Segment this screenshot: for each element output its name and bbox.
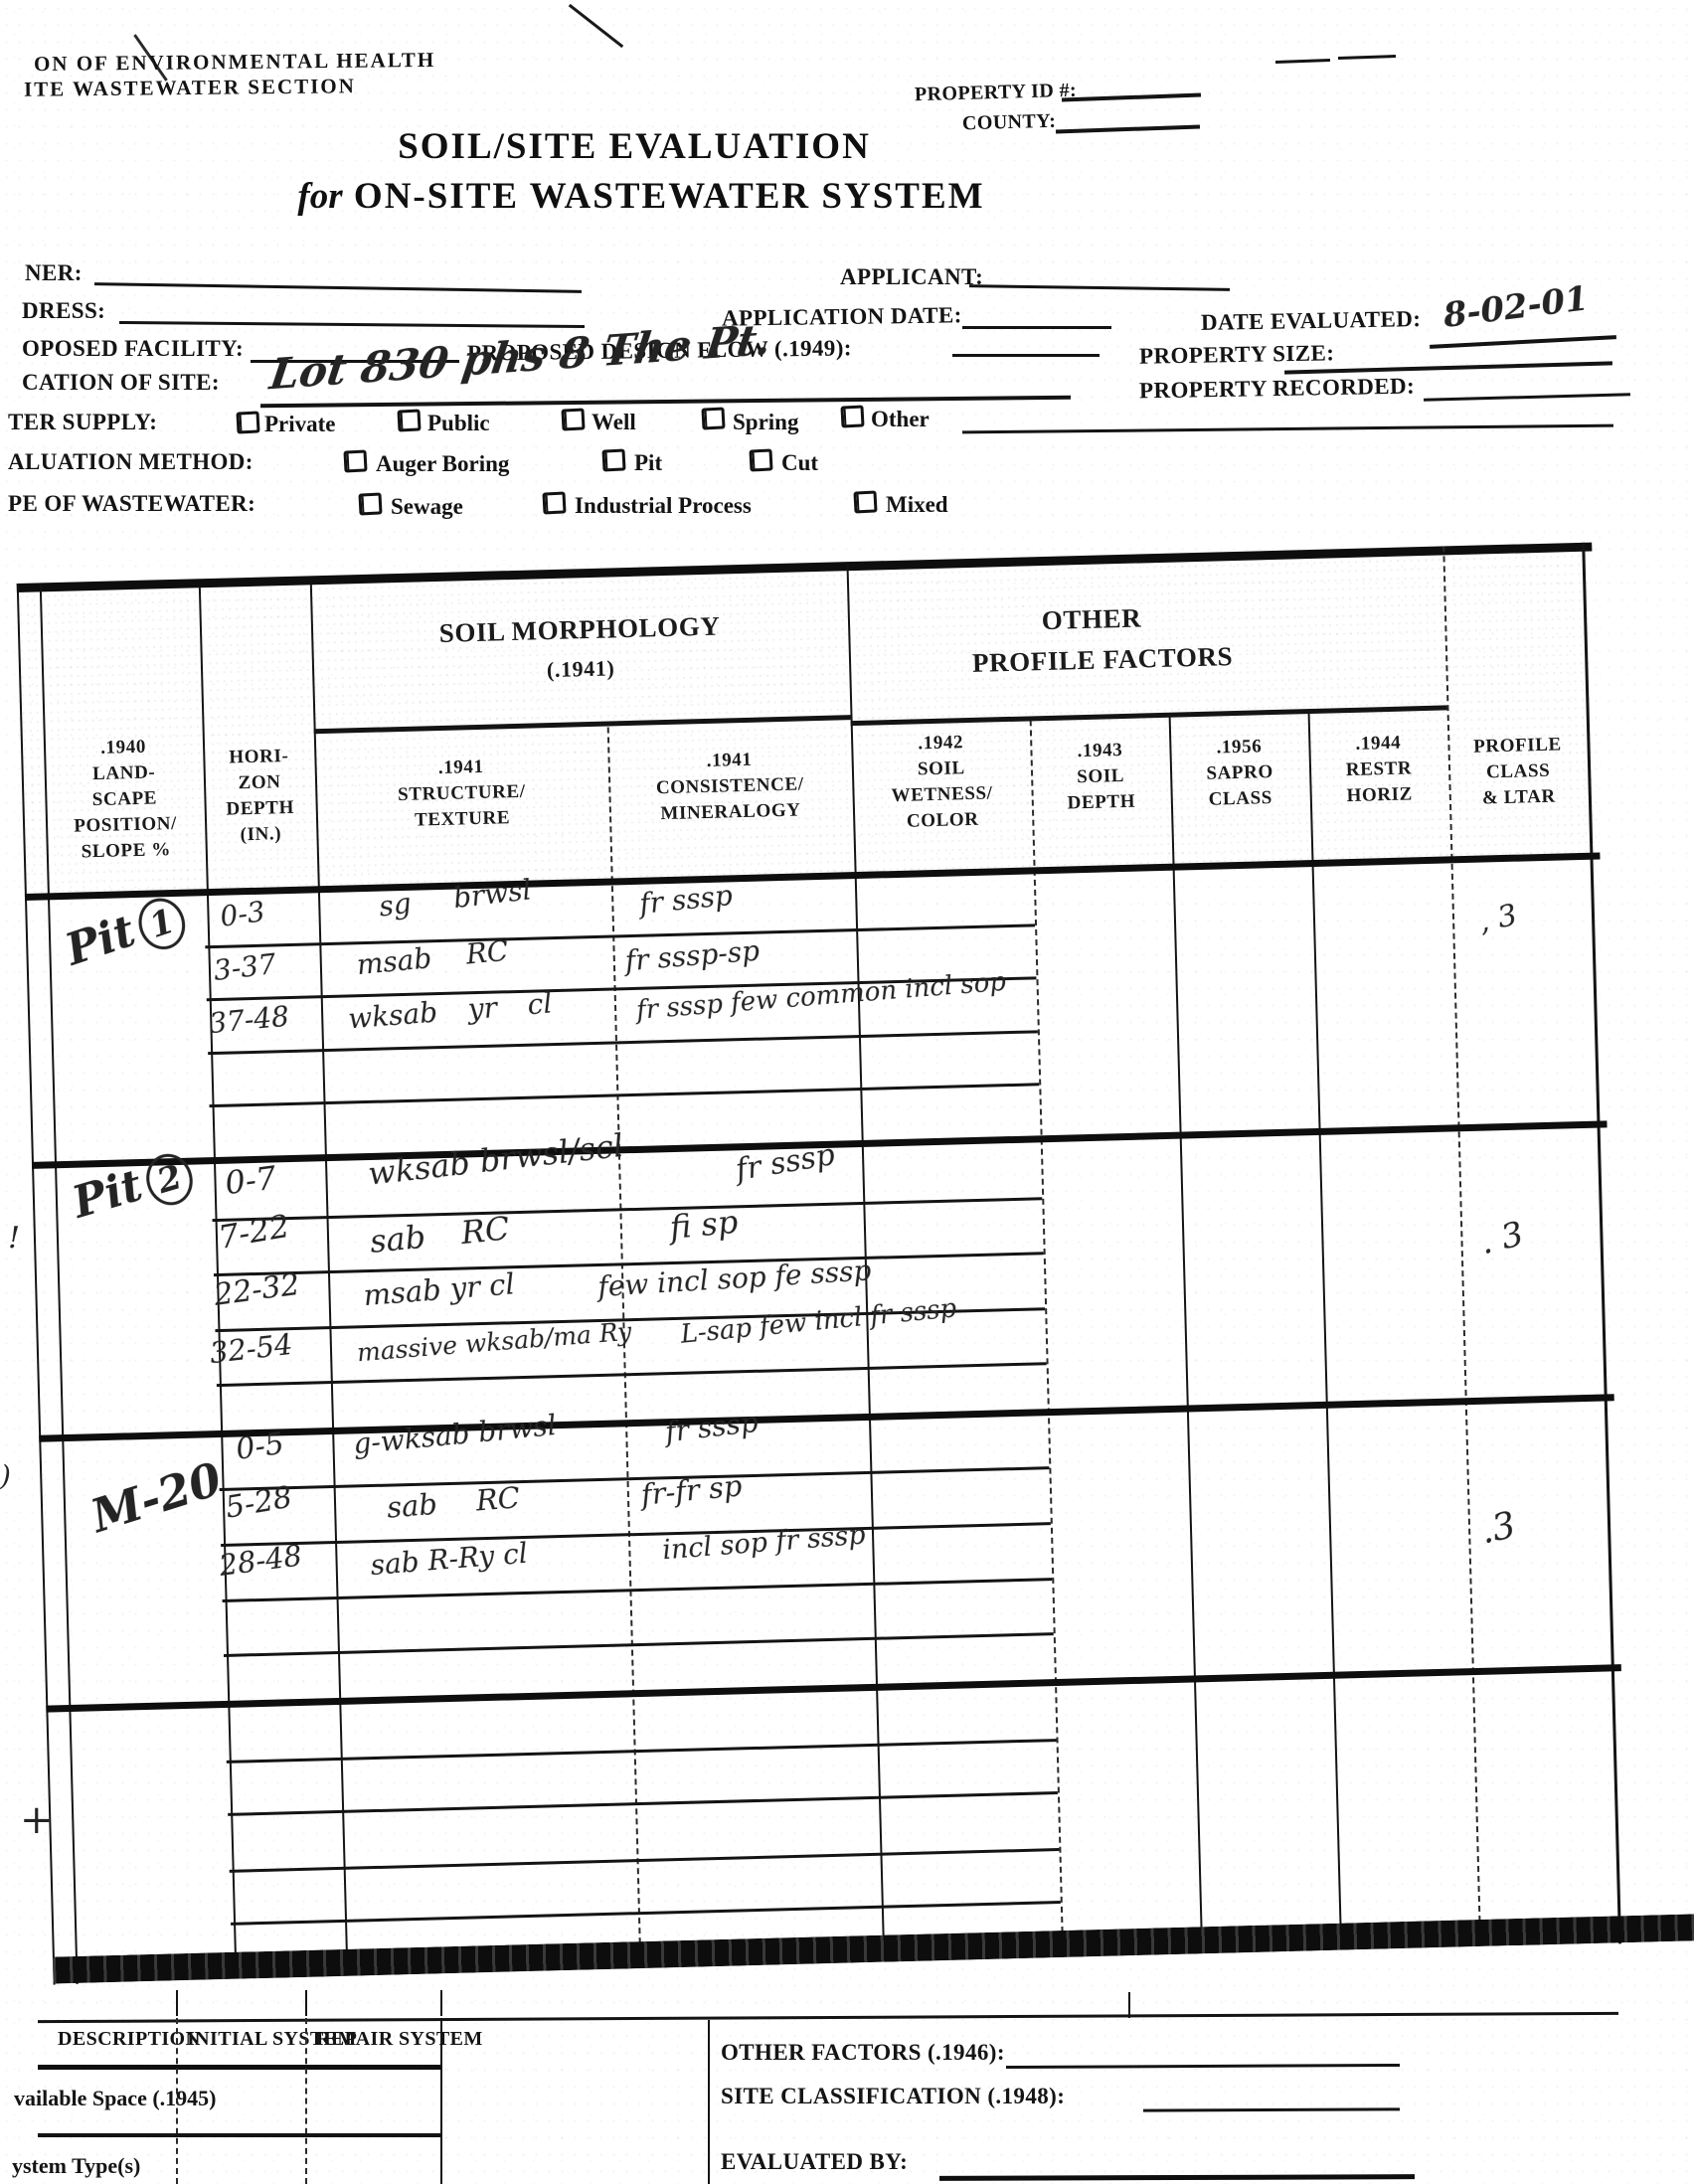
- wastewater-option-mixed: Mixed: [886, 492, 948, 518]
- s3-r1-consistence: fr sssp: [663, 1406, 760, 1448]
- form-title-line1: SOIL/SITE EVALUATION: [398, 125, 871, 168]
- bottom-header-description: DESCRIPTION: [58, 2028, 200, 2051]
- water-supply-other-blank: [962, 424, 1613, 434]
- col-divider-wetness-soildepth: [1030, 720, 1064, 1932]
- property-id-label: PROPERTY ID #:: [915, 80, 1078, 107]
- s3-r2-consistence: fr-fr sp: [639, 1468, 743, 1512]
- property-id-line-stub2: [1338, 55, 1396, 60]
- date-evaluated-label: DATE EVALUATED:: [1201, 306, 1422, 336]
- s3-r3-structure: sab R-Ry cl: [369, 1537, 528, 1582]
- col-header-soildepth-line1: .1943: [1077, 740, 1122, 762]
- org-line2: ITE WASTEWATER SECTION: [24, 74, 356, 101]
- county-label: COUNTY:: [962, 110, 1057, 136]
- form-title-line2: for ON-SITE WASTEWATER SYSTEM: [297, 175, 984, 218]
- pit1-label-text: Pit: [60, 906, 142, 976]
- col-header-structure-line1: .1941: [438, 756, 484, 779]
- other-factors-blank: [1006, 2064, 1400, 2069]
- s2-r4-depth: 32-54: [208, 1327, 294, 1370]
- bottom-stub-divider1: [176, 1990, 178, 2016]
- form-title-for-word: for: [297, 176, 342, 217]
- checkbox-other: [840, 405, 864, 427]
- wastewater-option-industrial: Industrial Process: [575, 493, 752, 519]
- bottom-table-top-line: [38, 2012, 1618, 2023]
- col-header-consistence-line2: CONSISTENCE/: [656, 773, 804, 799]
- evaluation-method-option-auger: Auger Boring: [376, 451, 509, 477]
- site-classification-label: SITE CLASSIFICATION (.1948):: [721, 2084, 1065, 2109]
- checkbox-cut: [749, 448, 772, 471]
- s3-r1-structure: g-wksab brwsl: [352, 1409, 558, 1460]
- evaluation-method-label: ALUATION METHOD:: [8, 449, 254, 475]
- col-header-landscape-line5: SLOPE %: [81, 839, 171, 863]
- owner-blank: [94, 282, 582, 293]
- date-evaluated-value: 8-02-01: [1441, 278, 1591, 336]
- col-header-consistence-line3: MINERALOGY: [660, 799, 801, 825]
- col-header-sapro-line1: .1956: [1216, 736, 1262, 758]
- s2-r2-depth: 7-22: [216, 1207, 292, 1256]
- s3-row4-line: [224, 1632, 1054, 1657]
- col-header-soildepth-line2: SOIL: [1077, 765, 1124, 788]
- form-title-line2-text: ON-SITE WASTEWATER SYSTEM: [354, 176, 985, 217]
- date-evaluated-blank: [1430, 335, 1616, 349]
- col-header-restr-line2: RESTR: [1346, 757, 1413, 781]
- evaluated-by-blank: [939, 2174, 1415, 2181]
- location-blank: [260, 396, 1071, 409]
- col-header-soildepth-line3: DEPTH: [1067, 791, 1135, 815]
- s3-row1-line: [220, 1466, 1050, 1491]
- col-header-wetness-line2: SOIL: [918, 757, 965, 780]
- col-header-profile-line1: PROFILE: [1473, 734, 1562, 757]
- table-right-border: [1582, 543, 1621, 1944]
- proposed-facility-label: OPOSED FACILITY:: [22, 336, 244, 362]
- water-supply-option-well: Well: [592, 410, 636, 435]
- checkbox-mixed: [853, 490, 877, 513]
- property-id-line-stub1: [1275, 59, 1330, 64]
- applicant-blank: [969, 284, 1230, 291]
- stray-exclaim-mark: !: [8, 1221, 20, 1256]
- application-date-blank: [962, 326, 1111, 329]
- s1-row4-line: [209, 1083, 1039, 1107]
- address-label: DRESS:: [22, 298, 105, 324]
- bottom-stub-divider2: [305, 1990, 307, 2016]
- checkbox-spring: [701, 407, 725, 429]
- bottom-col-divider2: [305, 2018, 307, 2184]
- bottom-row-system-types: ystem Type(s): [12, 2153, 140, 2179]
- other-factors-label: OTHER FACTORS (.1946):: [721, 2040, 1005, 2066]
- scratch-mark: [569, 4, 623, 48]
- soil-evaluation-table: SOIL MORPHOLOGY (.1941) OTHER PROFILE FA…: [17, 536, 1634, 1998]
- stray-plus-mark: +: [20, 1797, 54, 1843]
- s2-r2-consistence: fi sp: [668, 1203, 740, 1247]
- pit2-label-text: Pit: [67, 1160, 148, 1229]
- col-header-profile-line3: & LTAR: [1482, 786, 1556, 810]
- county-blank: [1056, 124, 1200, 133]
- bottom-right-section-border: [708, 2020, 710, 2184]
- s3-r2-structure: sab RC: [386, 1480, 521, 1524]
- bottom-header-repair-system: REPAIR SYSTEM: [316, 2028, 483, 2051]
- table-bottom-border-band: [53, 1914, 1694, 1983]
- s1-r2-consistence: fr sssp-sp: [624, 934, 762, 978]
- evaluation-method-option-pit: Pit: [634, 450, 662, 476]
- s2-ltar-value: . 3: [1476, 1214, 1527, 1262]
- s2-r1-depth: 0-7: [223, 1158, 278, 1202]
- col-header-restr-line1: .1944: [1355, 733, 1401, 756]
- wastewater-type-label: PE OF WASTEWATER:: [8, 491, 255, 517]
- bottom-stub-divider3: [440, 1990, 442, 2016]
- s1-r3-depth: 37-48: [208, 999, 291, 1040]
- s3-ltar-value: .3: [1477, 1505, 1519, 1552]
- bottom-row-available-space: vailable Space (.1945): [14, 2086, 217, 2111]
- address-blank: [119, 321, 585, 328]
- col-header-sapro-line3: CLASS: [1208, 787, 1272, 811]
- col-header-wetness-line3: WETNESS/: [891, 782, 992, 807]
- checkbox-industrial: [542, 491, 566, 514]
- water-supply-option-public: Public: [427, 411, 490, 436]
- s3-r3-consistence: incl sop fr sssp: [661, 1519, 866, 1566]
- soil-morphology-code: (.1941): [547, 655, 615, 683]
- col-header-landscape-line1: .1940: [100, 737, 146, 759]
- s3-r1-depth: 0-5: [234, 1427, 286, 1468]
- stray-paren-mark: ): [0, 1459, 11, 1492]
- section3-divider: [46, 1664, 1621, 1712]
- s1-ltar-value: , 3: [1476, 898, 1520, 939]
- s4-row2-line: [228, 1791, 1058, 1816]
- site-classification-blank: [1143, 2107, 1400, 2111]
- checkbox-sewage: [358, 492, 382, 515]
- bottom-row1-line: [38, 2133, 440, 2137]
- pit1-number-circled: 1: [132, 892, 192, 955]
- s2-r4-consistence: L-sap few incl fr sssp: [679, 1293, 957, 1350]
- checkbox-public: [397, 409, 421, 431]
- water-supply-label: TER SUPPLY:: [8, 410, 157, 435]
- s2-row1-line: [213, 1197, 1043, 1222]
- col-header-consistence-line1: .1941: [706, 750, 752, 772]
- col-header-horizon-line3: DEPTH: [226, 797, 294, 821]
- s4-row3-line: [230, 1848, 1060, 1873]
- s4-row4-line: [231, 1901, 1061, 1926]
- s3-row2-line: [221, 1522, 1051, 1547]
- col-divider-sapro-restr: [1308, 713, 1342, 1926]
- s2-r3-structure: msab yr cl: [362, 1266, 516, 1312]
- bottom-table-right-border: [440, 2018, 442, 2184]
- pit1-label: Pit1: [60, 889, 192, 979]
- wastewater-option-sewage: Sewage: [391, 494, 463, 520]
- checkbox-pit: [601, 448, 625, 471]
- col-header-structure-line2: STRUCTURE/: [398, 781, 526, 806]
- col-header-profile-line2: CLASS: [1486, 760, 1551, 784]
- s1-r1-consistence: fr sssp: [638, 879, 734, 921]
- s3-row3-line: [223, 1578, 1053, 1602]
- col-header-structure-line3: TEXTURE: [415, 807, 511, 832]
- bottom-header-underline: [38, 2065, 440, 2070]
- property-recorded-blank: [1424, 393, 1630, 401]
- col-header-restr-line3: HORIZ: [1346, 783, 1413, 807]
- col-header-horizon-line2: ZON: [238, 771, 281, 794]
- property-size-label: PROPERTY SIZE:: [1139, 340, 1335, 369]
- col-header-wetness-line4: COLOR: [907, 809, 979, 833]
- checkbox-auger-boring: [343, 449, 367, 472]
- design-flow-blank: [952, 354, 1100, 357]
- owner-label: NER:: [25, 260, 83, 286]
- s2-r3-consistence: few incl sop fe sssp: [596, 1254, 872, 1303]
- evaluated-by-label: EVALUATED BY:: [721, 2149, 908, 2175]
- col-header-horizon-line1: HORI-: [229, 746, 289, 769]
- col-header-landscape-line3: SCAPE: [92, 787, 158, 811]
- checkbox-well: [561, 408, 585, 430]
- s1-r2-depth: 3-37: [212, 947, 277, 987]
- applicant-label: APPLICANT:: [840, 264, 983, 290]
- col-divider-soildepth-sapro: [1169, 717, 1203, 1930]
- col-header-landscape-line4: POSITION/: [74, 813, 177, 838]
- org-line1: ON OF ENVIRONMENTAL HEALTH: [34, 48, 435, 77]
- property-id-blank: [1062, 93, 1201, 102]
- water-supply-option-other: Other: [871, 407, 930, 432]
- checkbox-private: [236, 411, 259, 433]
- water-supply-option-private: Private: [264, 412, 336, 437]
- s1-row1-line: [205, 924, 1035, 948]
- scanned-form-page: ON OF ENVIRONMENTAL HEALTH ITE WASTEWATE…: [0, 0, 1694, 2184]
- s1-row3-line: [208, 1030, 1038, 1055]
- col-header-horizon-line4: (IN.): [240, 823, 281, 846]
- col-header-landscape-line2: LAND-: [92, 761, 156, 785]
- evaluation-method-option-cut: Cut: [781, 450, 818, 476]
- other-profile-title-line1: OTHER: [1041, 602, 1141, 636]
- col-header-sapro-line2: SAPRO: [1206, 761, 1273, 785]
- s2-r1-structure: wksab brwsl/scl: [366, 1126, 625, 1193]
- m20-label: M-20: [85, 1451, 228, 1543]
- property-recorded-label: PROPERTY RECORDED:: [1139, 374, 1415, 405]
- location-label: CATION OF SITE:: [22, 370, 220, 396]
- water-supply-option-spring: Spring: [733, 410, 798, 435]
- s1-r1-depth: 0-3: [218, 895, 266, 933]
- col-header-wetness-line1: .1942: [918, 732, 963, 755]
- s1-r3-consistence: fr sssp few common incl sop: [635, 967, 1007, 1026]
- s4-row1-line: [227, 1739, 1057, 1764]
- s2-row4-line: [217, 1362, 1047, 1387]
